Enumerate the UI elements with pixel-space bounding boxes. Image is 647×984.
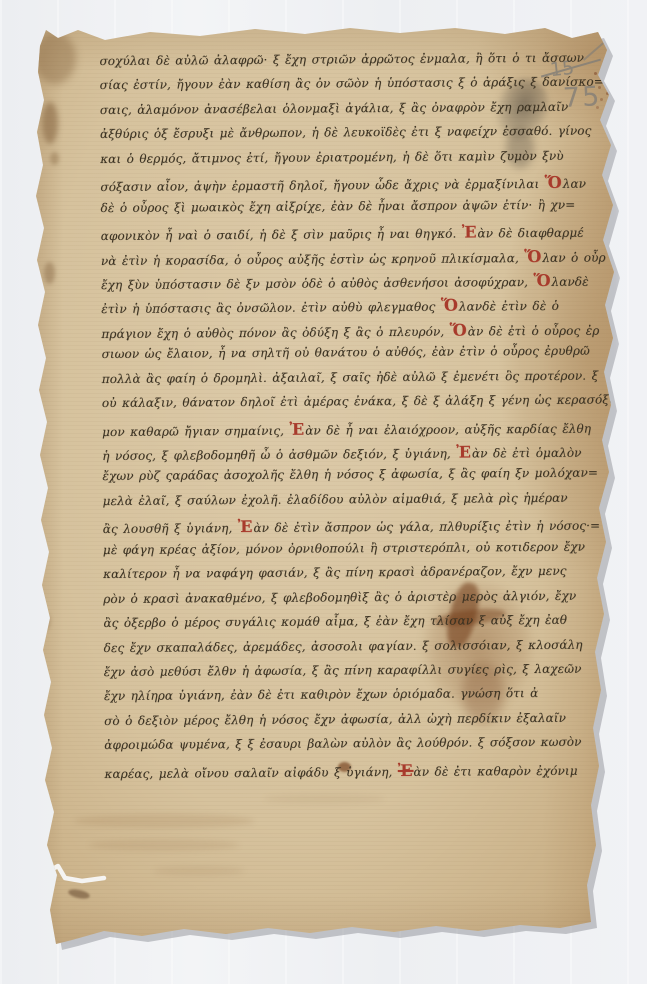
text-segment: σόξασιν αἶον, ἀψὴν ἐρμαστῆ δηλοῖ, ἤγουν … [100,177,544,194]
manuscript-line: μελὰ ἐλαῖ, ξ σαύλων ἐχολῆ. ἐλαδίδου αὐλὸ… [103,491,573,519]
text-segment: ρὸν ὁ κρασὶ ἀνακαθμένο, ξ φλεβοδομηθὶξ ἂ… [103,588,576,605]
edge-stain [40,612,50,630]
edge-stain [44,262,55,284]
edge-stain [42,102,58,144]
rubric-initial: Ἐ [462,222,478,241]
text-segment: καρέας, μελὰ οἴνου σαλαῖν αἰφάδυ ξ ὑγιάν… [104,765,397,781]
text-segment: οὐ κάλαξιν, θάνατον δηλοῖ ἐτὶ ἀμέρας ἐνά… [102,393,617,411]
manuscript-line: πράγιον ἔχη ὁ αὐθὸς πόνον ἂς ὀδύξη ξ ἂς … [101,320,571,348]
text-segment: ὰν δὲ ἐτὶ ὁμαλὸν [472,446,582,461]
manuscript-line: μὲ φάγη κρέας ἀξίον, μόνον ὀρνιθοπούλι ἢ… [103,539,573,567]
rubric-initial: Ἐ [456,442,472,461]
manuscript-line: ἐτὶν ἡ ὑπόστασις ἂς ὀνσῶλον. ἐτὶν αὐθὺ φ… [101,295,571,323]
text-segment: λαν [563,177,586,191]
manuscript-line: αφονικὸν ἦ ναὶ ὁ σαιδί, ἡ δὲ ξ σὶν μαῦρι… [101,222,571,250]
text-segment: λαν ὁ οὖρ [542,250,605,264]
text-segment: ὰν δὲ ἐτὶ ὁ οὖρος ἐρ [468,323,600,338]
rubric-initial: Ὅ [533,271,551,290]
text-segment: αφονικὸν ἦ ναὶ ὁ σαιδί, ἡ δὲ ξ σὶν μαῦρι… [101,227,462,244]
manuscript-line: ἂς λουσθῆ ξ ὑγιάνη, Ἐὰν δὲ ἐτὶν ἄσπρον ὡ… [103,515,573,543]
edge-stain [50,152,59,165]
text-segment: ἔχων ρὺζ ςαράδας ἀσοχολῆς ἔλθη ἡ νόσος ξ… [102,466,598,483]
text-segment: σὸ ὁ δεξιὸν μέρος ἔλθη ἡ νόσος ἔχν ἀφωσί… [104,711,566,728]
text-segment: καλίτερον ἦ να ναφάγη φασιάν, ξ ἂς πίνη … [103,564,567,581]
manuscript-line: σαις, ἁλαμόνον ἀνασέβελαι ὁλονμαξὶ ἀγάλι… [100,100,570,128]
text-segment: ἔχη ξὺν ὑπόστασιν δὲ ξν μσὸν ὁδὲ ὁ αὐθὸς… [101,275,533,292]
text-segment: σοχύλαι δὲ αὐλῶ ἀλαφρῶ· ξ ἔχη στριῶν ἀρρ… [99,51,584,68]
rubric-initial: Ὅ [450,320,468,339]
rubric-initial: Ὅ [441,296,459,315]
show-through-mark [89,839,239,851]
rubric-initial: Ἐ [289,419,305,438]
manuscript-line: ἔχη ξὺν ὑπόστασιν δὲ ξν μσὸν ὁδὲ ὁ αὐθὸς… [101,271,571,299]
text-segment: σίας ἐστίν, ἤγουν ἐὰν καθίση ἂς ὀν σῶὸν … [100,75,604,93]
show-through-mark [264,794,384,804]
manuscript-page: 15 75 σοχύλαι δὲ αὐλῶ ἀλαφρῶ· ξ ἔχη στρι… [34,24,618,950]
manuscript-line: μον καθαρῶ ἤγιαν σημαίνις, Ἐὰν δὲ ἦ ναι … [102,417,572,445]
manuscript-text: σοχύλαι δὲ αὐλῶ ἀλαφρῶ· ξ ἔχη στριῶν ἀρρ… [99,51,574,787]
text-segment: μελὰ ἐλαῖ, ξ σαύλων ἐχολῆ. ἐλαδίδου αὐλὸ… [103,491,568,508]
manuscript-line: ἔχων ρὺζ ςαράδας ἀσοχολῆς ἔλθη ἡ νόσος ξ… [102,466,572,494]
text-segment: ἂς ὀξερβο ὁ μέρος συγάλις κομάθ αἷμα, ξ … [103,613,567,630]
text-segment: ἀξθύρις ὁξ ἔσρυξι μὲ ἄνθρωπον, ἡ δὲ λευκ… [100,124,592,141]
photo-background: 15 75 σοχύλαι δὲ αὐλῶ ἀλαφρῶ· ξ ἔχη στρι… [0,0,647,984]
corner-stain [34,32,76,84]
manuscript-line: ἔχν ηλίηρα ὑγιάνη, ἐὰν δὲ ἐτι καθιρὸν ἔχ… [104,686,574,714]
manuscript-line: ἀξθύρις ὁξ ἔσρυξι μὲ ἄνθρωπον, ἡ δὲ λευκ… [100,124,570,152]
manuscript-line: δὲ ὁ οὖρος ξὶ μωαικὸς ἔχη αἰξρίχε, ἐὰν δ… [100,197,570,225]
manuscript-line: ἡ νόσος, ξ φλεβοδομηθῆ ὦ ὁ ἀσθμῶν δεξιόν… [102,442,572,470]
text-segment: ἐτὶν ἡ ὑπόστασις ἂς ὀνσῶλον. ἐτὶν αὐθὺ φ… [101,300,441,316]
text-segment: ὰν δὲ ἐτι καθαρὸν ἐχόνιμ [413,763,577,778]
text-segment: ἂς λουσθῆ ξ ὑγιάνη, [103,521,238,536]
show-through-mark [74,814,254,828]
text-segment: ἔχν ηλίηρα ὑγιάνη, ἐὰν δὲ ἐτι καθιρὸν ἔχ… [104,686,538,703]
manuscript-line: ἔχν ἀσὸ μεθύσι ἔλθν ἡ ἀφωσία, ξ ἂς πίνη … [104,662,574,690]
text-segment: σαις, ἁλαμόνον ἀνασέβελαι ὁλονμαξὶ ἀγάλι… [100,100,569,117]
manuscript-line: σοχύλαι δὲ αὐλῶ ἀλαφρῶ· ξ ἔχη στριῶν ἀρρ… [99,51,569,79]
text-segment: και ὁ θερμός, ἄτιμνος ἐτί, ἤγουν ἐριατρο… [100,149,564,166]
manuscript-line: δες ἔχν σκαπαλάδες, ἀρεμάδες, ἀσοσολι φα… [104,637,574,665]
show-through-mark [154,866,244,876]
manuscript-line: οὐ κάλαξιν, θάνατον δηλοῖ ἐτὶ ἀμέρας ἐνά… [102,393,572,421]
rubric-initial: Ὅ [545,173,563,192]
manuscript-line: ἀφροιμώδα ψυμένα, ξ ξ ἐσαυρι βαλὼν αὐλὸν… [104,735,574,763]
manuscript-line: σιωον ὡς ἔλαιον, ἦ να σηλτῆ οὐ θανάτου ὁ… [101,344,571,372]
text-segment: πράγιον ἔχη ὁ αὐθὸς πόνον ἂς ὀδύξη ξ ἂς … [101,324,449,340]
text-segment: δες ἔχν σκαπαλάδες, ἀρεμάδες, ἀσοσολι φα… [104,637,583,654]
rubric-initial: Ἐ [238,517,254,536]
text-segment: ὰν δὲ διαφθαρμέ [477,226,583,241]
text-segment: λανδὲ [551,275,588,289]
manuscript-line: νὰ ἐτὶν ἡ κορασίδα, ὁ οὖρος αὐξῆς ἐστὶν … [101,246,571,274]
text-segment: πολλὰ ἂς φαίη ὁ δρομηλὶ. ἀξαιλαῖ, ξ σαῖς… [102,368,599,385]
repair-thread-icon [42,862,112,890]
text-segment: ἔχν ἀσὸ μεθύσι ἔλθν ἡ ἀφωσία, ξ ἂς πίνη … [104,662,582,679]
manuscript-line: ἂς ὀξερβο ὁ μέρος συγάλις κομάθ αἷμα, ξ … [103,613,573,641]
text-segment: σιωον ὡς ἔλαιον, ἦ να σηλτῆ οὐ θανάτου ὁ… [101,344,589,361]
rubric-initial: Ὅ [524,246,542,265]
manuscript-line: πολλὰ ἂς φαίη ὁ δρομηλὶ. ἀξαιλαῖ, ξ σαῖς… [102,368,572,396]
text-segment: ἡ νόσος, ξ φλεβοδομηθῆ ὦ ὁ ἀσθμῶν δεξιόν… [102,447,456,463]
manuscript-line: και ὁ θερμός, ἄτιμνος ἐτί, ἤγουν ἐριατρο… [100,148,570,176]
text-segment: ὰν δὲ ἐτὶν ἄσπρον ὡς γάλα, πλθυρίξις ἐτὶ… [253,519,600,535]
pencil-flourish [583,42,604,61]
manuscript-line: καρέας, μελὰ οἴνου σαλαῖν αἰφάδυ ξ ὑγιάν… [104,759,574,787]
manuscript-line: σίας ἐστίν, ἤγουν ἐὰν καθίση ἂς ὀν σῶὸν … [100,75,570,103]
text-segment: νὰ ἐτὶν ἡ κορασίδα, ὁ οὖρος αὐξῆς ἐστὶν … [101,251,524,268]
text-segment: δὲ ὁ οὖρος ξὶ μωαικὸς ἔχη αἰξρίχε, ἐὰν δ… [100,197,575,214]
manuscript-line: ρὸν ὁ κρασὶ ἀνακαθμένο, ξ φλεβοδομηθὶξ ἂ… [103,588,573,616]
text-segment: μὲ φάγη κρέας ἀξίον, μόνον ὀρνιθοπούλι ἢ… [103,539,585,556]
manuscript-line: σόξασιν αἶον, ἀψὴν ἐρμαστῆ δηλοῖ, ἤγουν … [100,173,570,201]
text-segment: μον καθαρῶ ἤγιαν σημαίνις, [102,423,289,438]
text-segment: ἀφροιμώδα ψυμένα, ξ ξ ἐσαυρι βαλὼν αὐλὸν… [104,735,581,752]
manuscript-line: σὸ ὁ δεξιὸν μέρος ἔλθη ἡ νόσος ἔχν ἀφωσί… [104,711,574,739]
text-segment: λανδὲ ἐτὶν δὲ ὁ [459,299,559,314]
manuscript-line: καλίτερον ἦ να ναφάγη φασιάν, ξ ἂς πίνη … [103,564,573,592]
text-segment: ὰν δὲ ἦ ναι ἐλαιόχροον, αὐξῆς καρδίας ἔλ… [305,421,591,437]
rubric-initial: Ἐ [398,761,414,780]
